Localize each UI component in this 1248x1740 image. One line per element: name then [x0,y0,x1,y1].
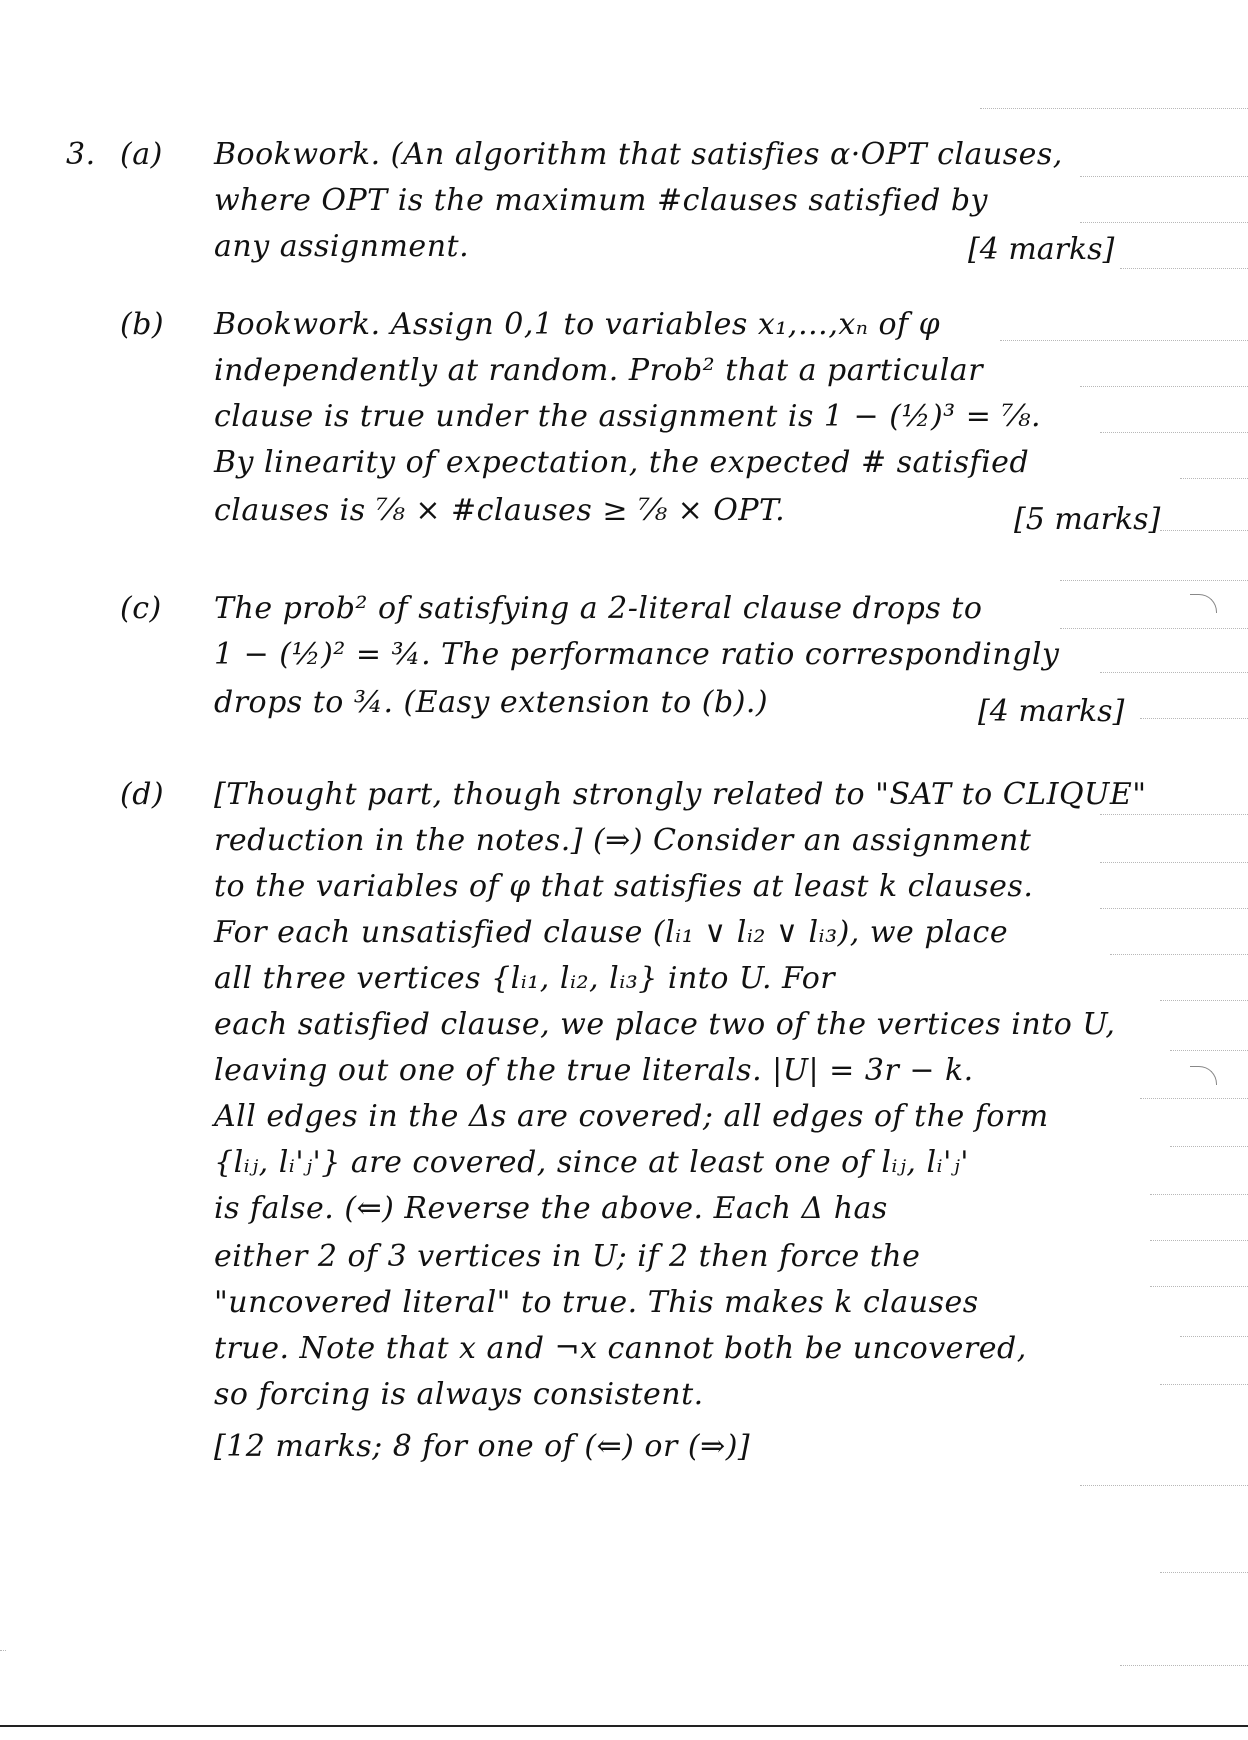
part-c-label: (c) [120,594,162,624]
part-d-line-5: all three vertices {lᵢ₁, lᵢ₂, lᵢ₃} into … [214,964,835,994]
scan-dots [1120,1665,1248,1666]
part-d-line-9: {lᵢⱼ, lᵢ'ⱼ'} are covered, since at least… [214,1148,969,1178]
scan-dots [1160,1000,1248,1001]
part-a-marks: [4 marks] [968,232,1114,267]
scan-dots [980,108,1248,109]
part-d-marks: [12 marks; 8 for one of (⇐) or (⇒)] [214,1432,750,1462]
part-d-line-6: each satisfied clause, we place two of t… [214,1010,1115,1040]
scan-dots [1160,1572,1248,1573]
part-b-line-3: clause is true under the assignment is 1… [214,402,1041,432]
scan-dots [1160,530,1248,531]
scan-dots [1150,1194,1248,1195]
scan-dots [1160,1384,1248,1385]
part-c-line-1: The prob² of satisfying a 2-literal clau… [214,594,982,624]
question-number: 3. [66,140,96,170]
scan-dots [1180,478,1248,479]
part-d-line-11: either 2 of 3 vertices in U; if 2 then f… [214,1242,920,1272]
part-d-line-14: so forcing is always consistent. [214,1380,704,1410]
scan-dots [1000,340,1248,341]
part-b-line-2: independently at random. Prob² that a pa… [214,356,983,386]
scan-dots [1060,580,1248,581]
scan-dots [1080,176,1248,177]
part-a-line-3: any assignment. [214,232,469,262]
part-d-line-1: [Thought part, though strongly related t… [214,780,1147,810]
part-d-line-13: true. Note that x and ¬x cannot both be … [214,1334,1027,1364]
part-c-line-2: 1 − (½)² = ¾. The performance ratio corr… [214,640,1059,670]
scan-dots [1080,386,1248,387]
part-a-label: (a) [120,140,163,170]
scan-dots [1170,1050,1248,1051]
part-d-line-3: to the variables of φ that satisfies at … [214,872,1033,902]
part-d-line-4: For each unsatisfied clause (lᵢ₁ ∨ lᵢ₂ ∨… [214,918,1008,948]
margin-mark [1190,1066,1217,1085]
part-d-line-12: "uncovered literal" to true. This makes … [214,1288,979,1318]
scan-dots [1100,432,1248,433]
scan-dots [1080,222,1248,223]
part-d-line-10: is false. (⇐) Reverse the above. Each Δ … [214,1194,888,1224]
part-b-label: (b) [120,310,164,340]
scan-dots [1180,1336,1248,1337]
scan-dots [1100,908,1248,909]
scan-dots [1060,628,1248,629]
scan-dots [0,1650,6,1651]
scan-dots [1150,1286,1248,1287]
scan-dots [1150,1240,1248,1241]
part-a-line-2: where OPT is the maximum #clauses satisf… [214,186,988,216]
page-bottom-rule [0,1725,1248,1727]
scan-dots [1120,268,1248,269]
part-c-line-3: drops to ¾. (Easy extension to (b).) [214,688,768,718]
part-a-line-1: Bookwork. (An algorithm that satisfies α… [214,140,1063,170]
part-d-line-2: reduction in the notes.] (⇒) Consider an… [214,826,1031,856]
scan-dots [1100,814,1248,815]
handwritten-answer-page: 3. (a) Bookwork. (An algorithm that sati… [0,0,1248,1740]
scan-dots [1100,862,1248,863]
part-d-line-7: leaving out one of the true literals. |U… [214,1056,974,1086]
part-b-marks: [5 marks] [1014,502,1160,537]
scan-dots [1100,672,1248,673]
part-b-line-5: clauses is ⅞ × #clauses ≥ ⅞ × OPT. [214,496,785,526]
part-b-line-1: Bookwork. Assign 0,1 to variables x₁,…,x… [214,310,940,340]
scan-dots [1170,1146,1248,1147]
part-d-line-8: All edges in the Δs are covered; all edg… [214,1102,1049,1132]
scan-dots [1080,1485,1248,1486]
margin-mark [1190,594,1217,613]
scan-dots [1110,954,1248,955]
scan-dots [1140,1098,1248,1099]
part-c-marks: [4 marks] [978,694,1124,729]
scan-dots [1140,718,1248,719]
part-d-label: (d) [120,780,164,810]
part-b-line-4: By linearity of expectation, the expecte… [214,448,1029,478]
